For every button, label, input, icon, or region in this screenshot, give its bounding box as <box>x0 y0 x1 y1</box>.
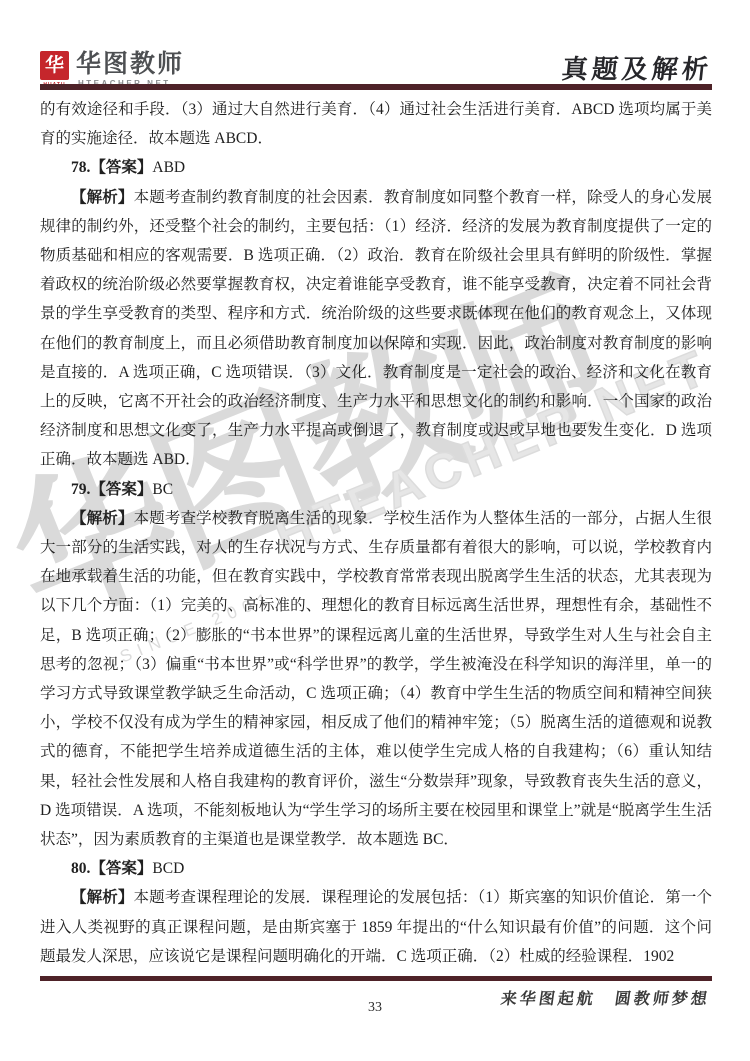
paragraph-text: 的有效途径和手段．（3）通过大自然进行美育．（4）通过社会生活进行美育．ABCD… <box>40 101 712 147</box>
page-header: 华 HUATU 华图教师 HTEACHER.NET 真题及解析 <box>40 42 712 88</box>
answer-label: 79.【答案】 <box>71 481 152 498</box>
answer-value: BCD <box>152 860 184 877</box>
analysis-label: 【解析】 <box>71 889 134 906</box>
analysis-79: 【解析】本题考查学校教育脱离生活的现象．学校生活作为人整体生活的一部分，占据人生… <box>40 504 712 854</box>
paragraph-text: 本题考查制约教育制度的社会因素．教育制度如同整个教育一样，除受人的身心发展规律的… <box>40 189 712 469</box>
paragraph-continuation: 的有效途径和手段．（3）通过大自然进行美育．（4）通过社会生活进行美育．ABCD… <box>40 95 712 153</box>
analysis-label: 【解析】 <box>71 189 134 206</box>
answer-line-79: 79.【答案】BC <box>40 475 712 504</box>
footer-slogan: 来华图起航 圆教师梦想 <box>499 986 711 1009</box>
answer-value: ABD <box>152 159 185 176</box>
logo-mark-block: 华 HUATU <box>40 51 69 88</box>
page-title: 真题及解析 <box>560 49 714 88</box>
brand-name: 华图教师 <box>76 51 184 79</box>
header-divider <box>40 84 712 90</box>
document-body: 的有效途径和手段．（3）通过大自然进行美育．（4）通过社会生活进行美育．ABCD… <box>40 95 712 971</box>
answer-label: 78.【答案】 <box>71 159 152 176</box>
answer-line-78: 78.【答案】ABD <box>40 153 712 182</box>
huatu-logo: 华 HUATU 华图教师 HTEACHER.NET <box>40 51 184 88</box>
huatu-logo-icon: 华 <box>40 51 69 80</box>
footer-divider <box>40 976 712 981</box>
brand-block: 华图教师 HTEACHER.NET <box>76 51 184 88</box>
paragraph-text: 本题考查学校教育脱离生活的现象．学校生活作为人整体生活的一部分，占据人生很大一部… <box>40 510 712 848</box>
paragraph-text: 本题考查课程理论的发展．课程理论的发展包括：（1）斯宾塞的知识价值论．第一个进入… <box>40 889 712 964</box>
answer-line-80: 80.【答案】BCD <box>40 854 712 883</box>
analysis-80: 【解析】本题考查课程理论的发展．课程理论的发展包括：（1）斯宾塞的知识价值论．第… <box>40 883 712 971</box>
analysis-label: 【解析】 <box>71 510 134 527</box>
answer-label: 80.【答案】 <box>71 860 152 877</box>
document-page: 华图教师 HTEACHER.NET SINCE 2001 华 HUATU 华图教… <box>0 0 750 1061</box>
analysis-78: 【解析】本题考查制约教育制度的社会因素．教育制度如同整个教育一样，除受人的身心发… <box>40 183 712 475</box>
answer-value: BC <box>152 481 173 498</box>
